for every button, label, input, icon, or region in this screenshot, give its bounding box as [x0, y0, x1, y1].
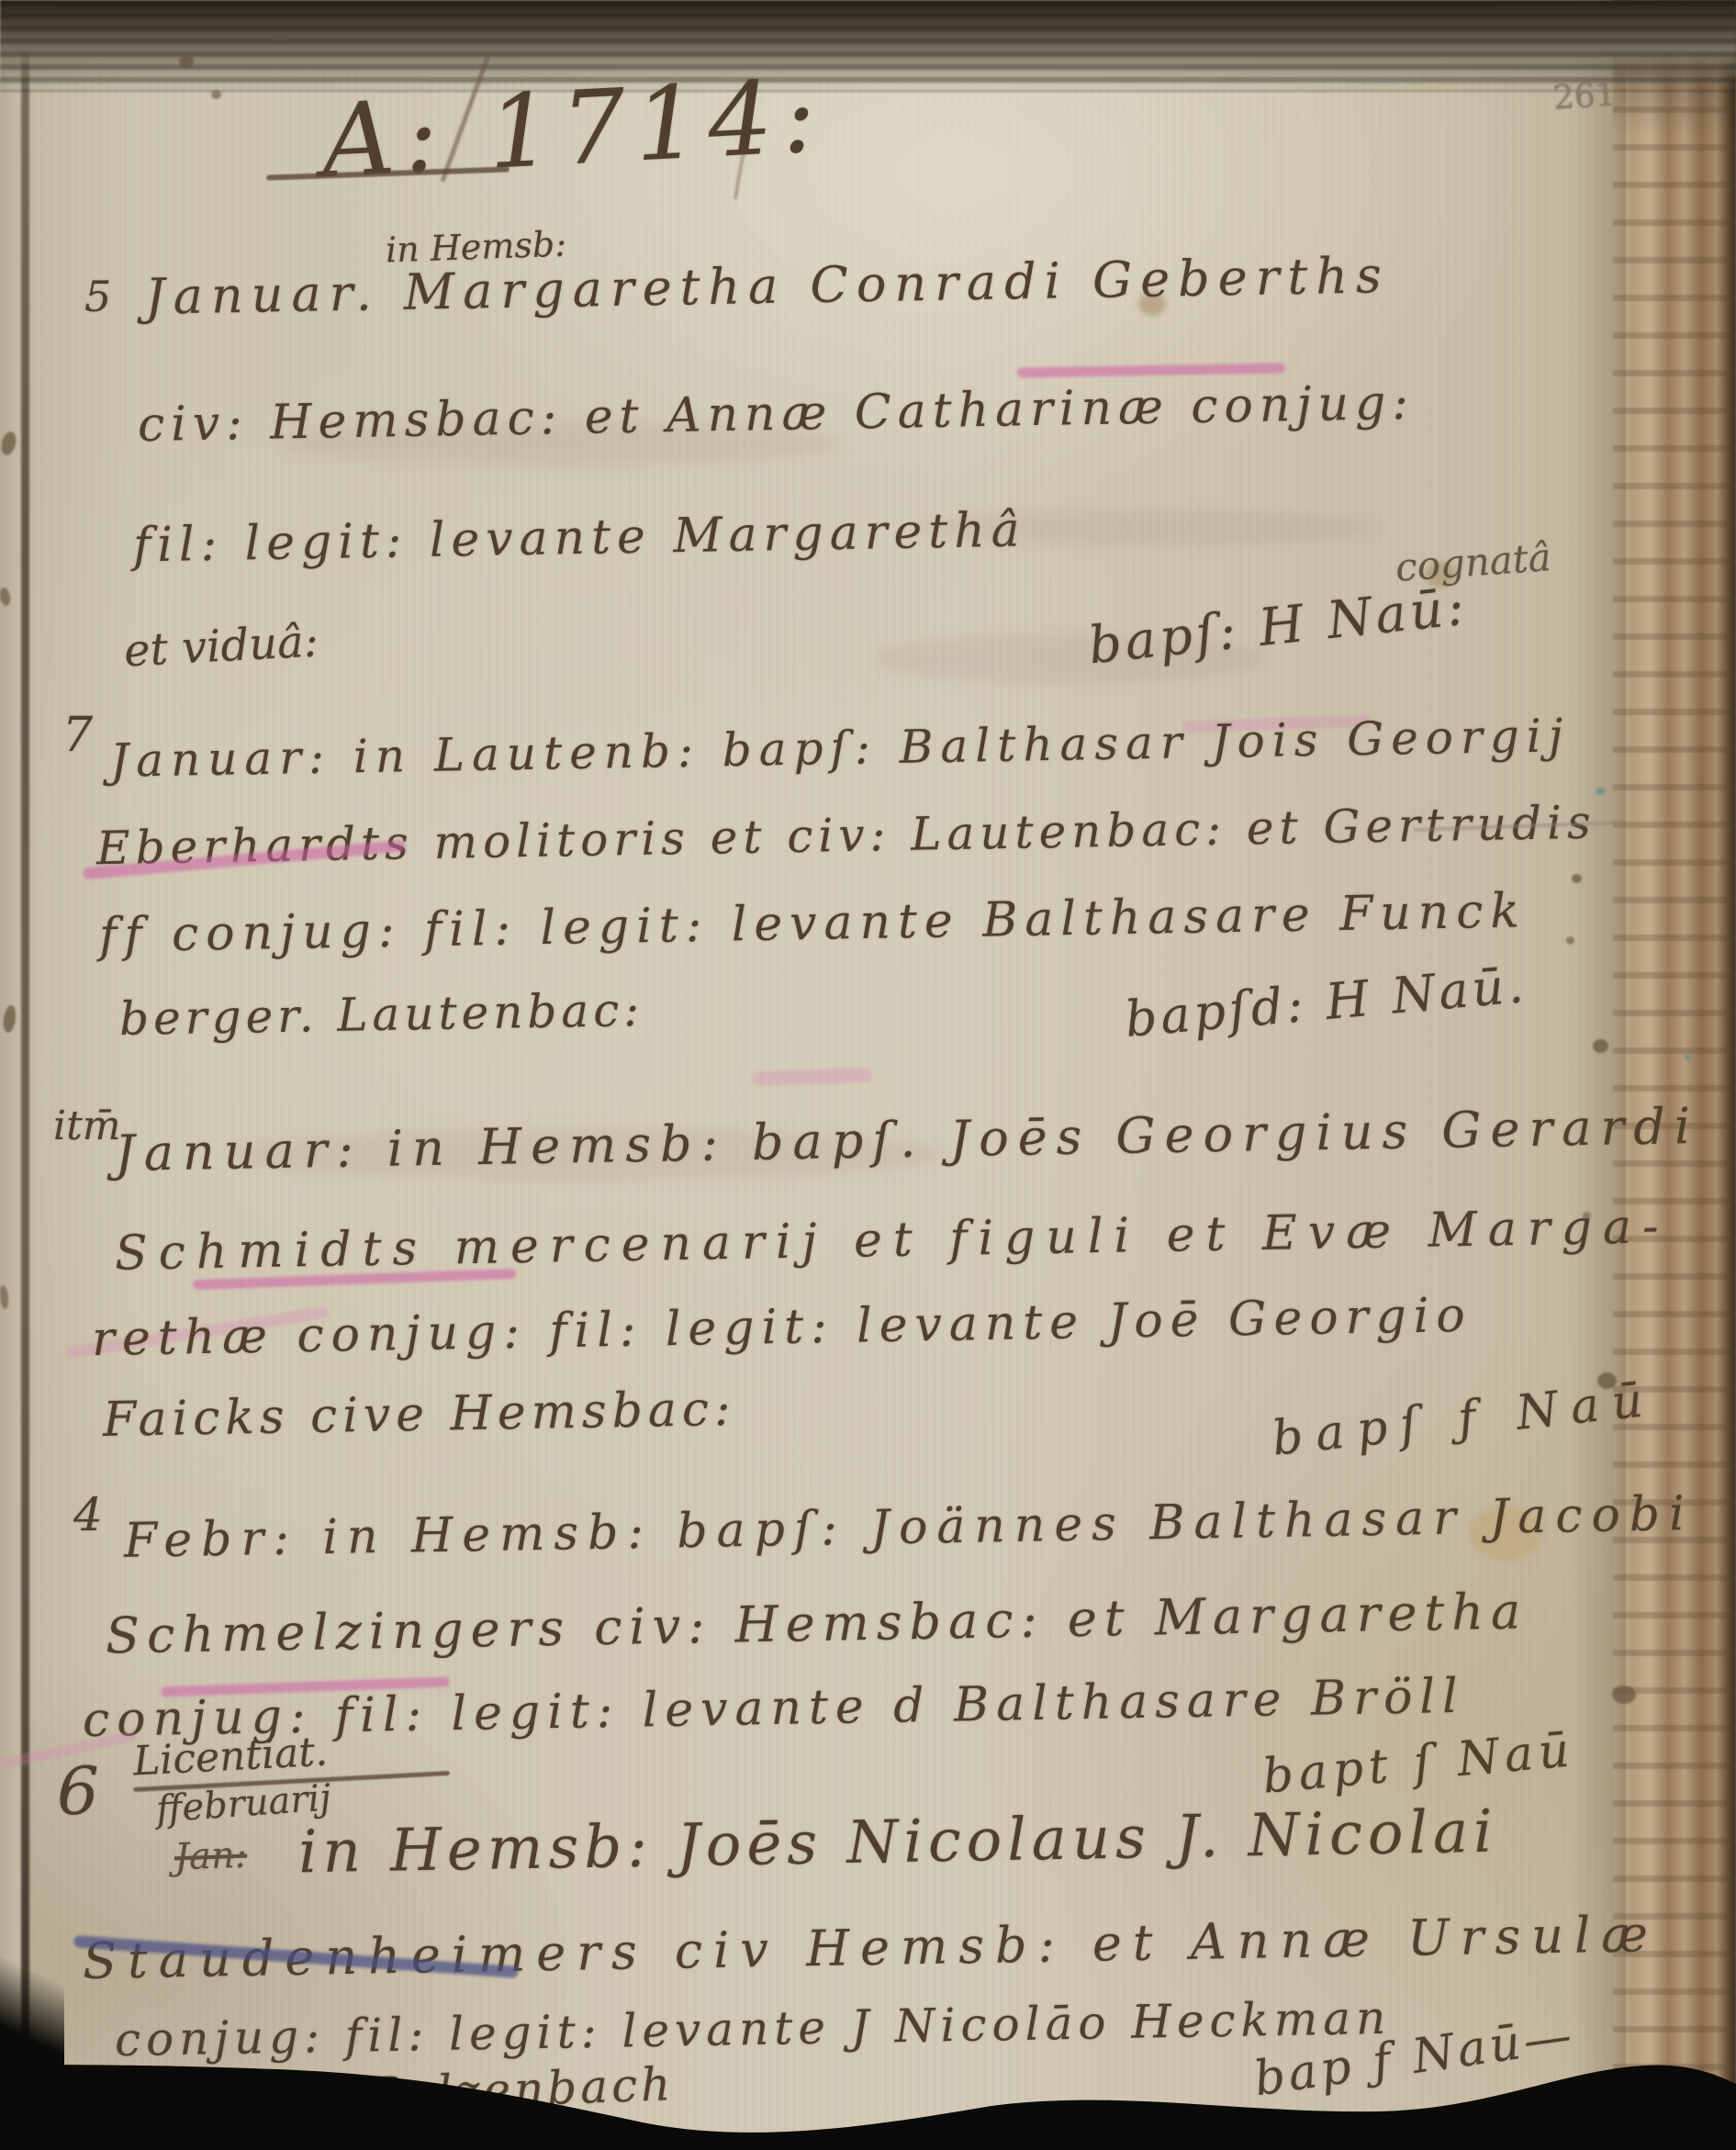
margin-ink-blot	[1572, 874, 1582, 883]
entry-3-line-4: Faicks cive Hemsbac:	[103, 1385, 736, 1444]
ink-spot	[211, 90, 221, 99]
entry-1-day-number: 5	[84, 275, 111, 318]
bottom-page-edge	[0, 2038, 1736, 2150]
green-fiber-mark	[1596, 788, 1606, 795]
entry-4-line-4: Licentiat.	[132, 1731, 329, 1782]
manuscript-scan: A: 1714: 261 in Hemsb: 5 Januar. Margare…	[0, 0, 1736, 2150]
entry-3-day-number: itm̄	[53, 1106, 120, 1147]
page-edge-shadow	[1571, 0, 1626, 2150]
facing-page-sliver	[0, 0, 22, 2150]
binding-crease	[21, 28, 29, 2150]
entry-5-crossed-out-word: Jan:	[174, 1837, 247, 1876]
entry-4-day-number: 4	[73, 1492, 103, 1538]
page-edge-stack	[1613, 0, 1736, 2150]
margin-ink-blot	[1593, 1039, 1608, 1053]
margin-ink-blot	[1612, 1685, 1636, 1704]
ink-spot	[179, 55, 194, 68]
entry-5-day-number: 6	[57, 1758, 99, 1824]
entry-2-line-4: berger. Lautenbac:	[119, 987, 644, 1042]
ink-spot	[275, 35, 284, 42]
margin-ink-blot	[1566, 936, 1574, 945]
green-fiber-mark	[1684, 1054, 1691, 1060]
top-page-edges	[0, 0, 1736, 92]
page-number: 261	[1552, 79, 1618, 117]
entry-1-side-note: cognatâ	[1394, 538, 1552, 588]
entry-1-line-4: et viduâ:	[123, 619, 319, 673]
entry-2-day-number: 7	[62, 711, 93, 759]
bottom-left-shadow	[0, 1937, 64, 2066]
